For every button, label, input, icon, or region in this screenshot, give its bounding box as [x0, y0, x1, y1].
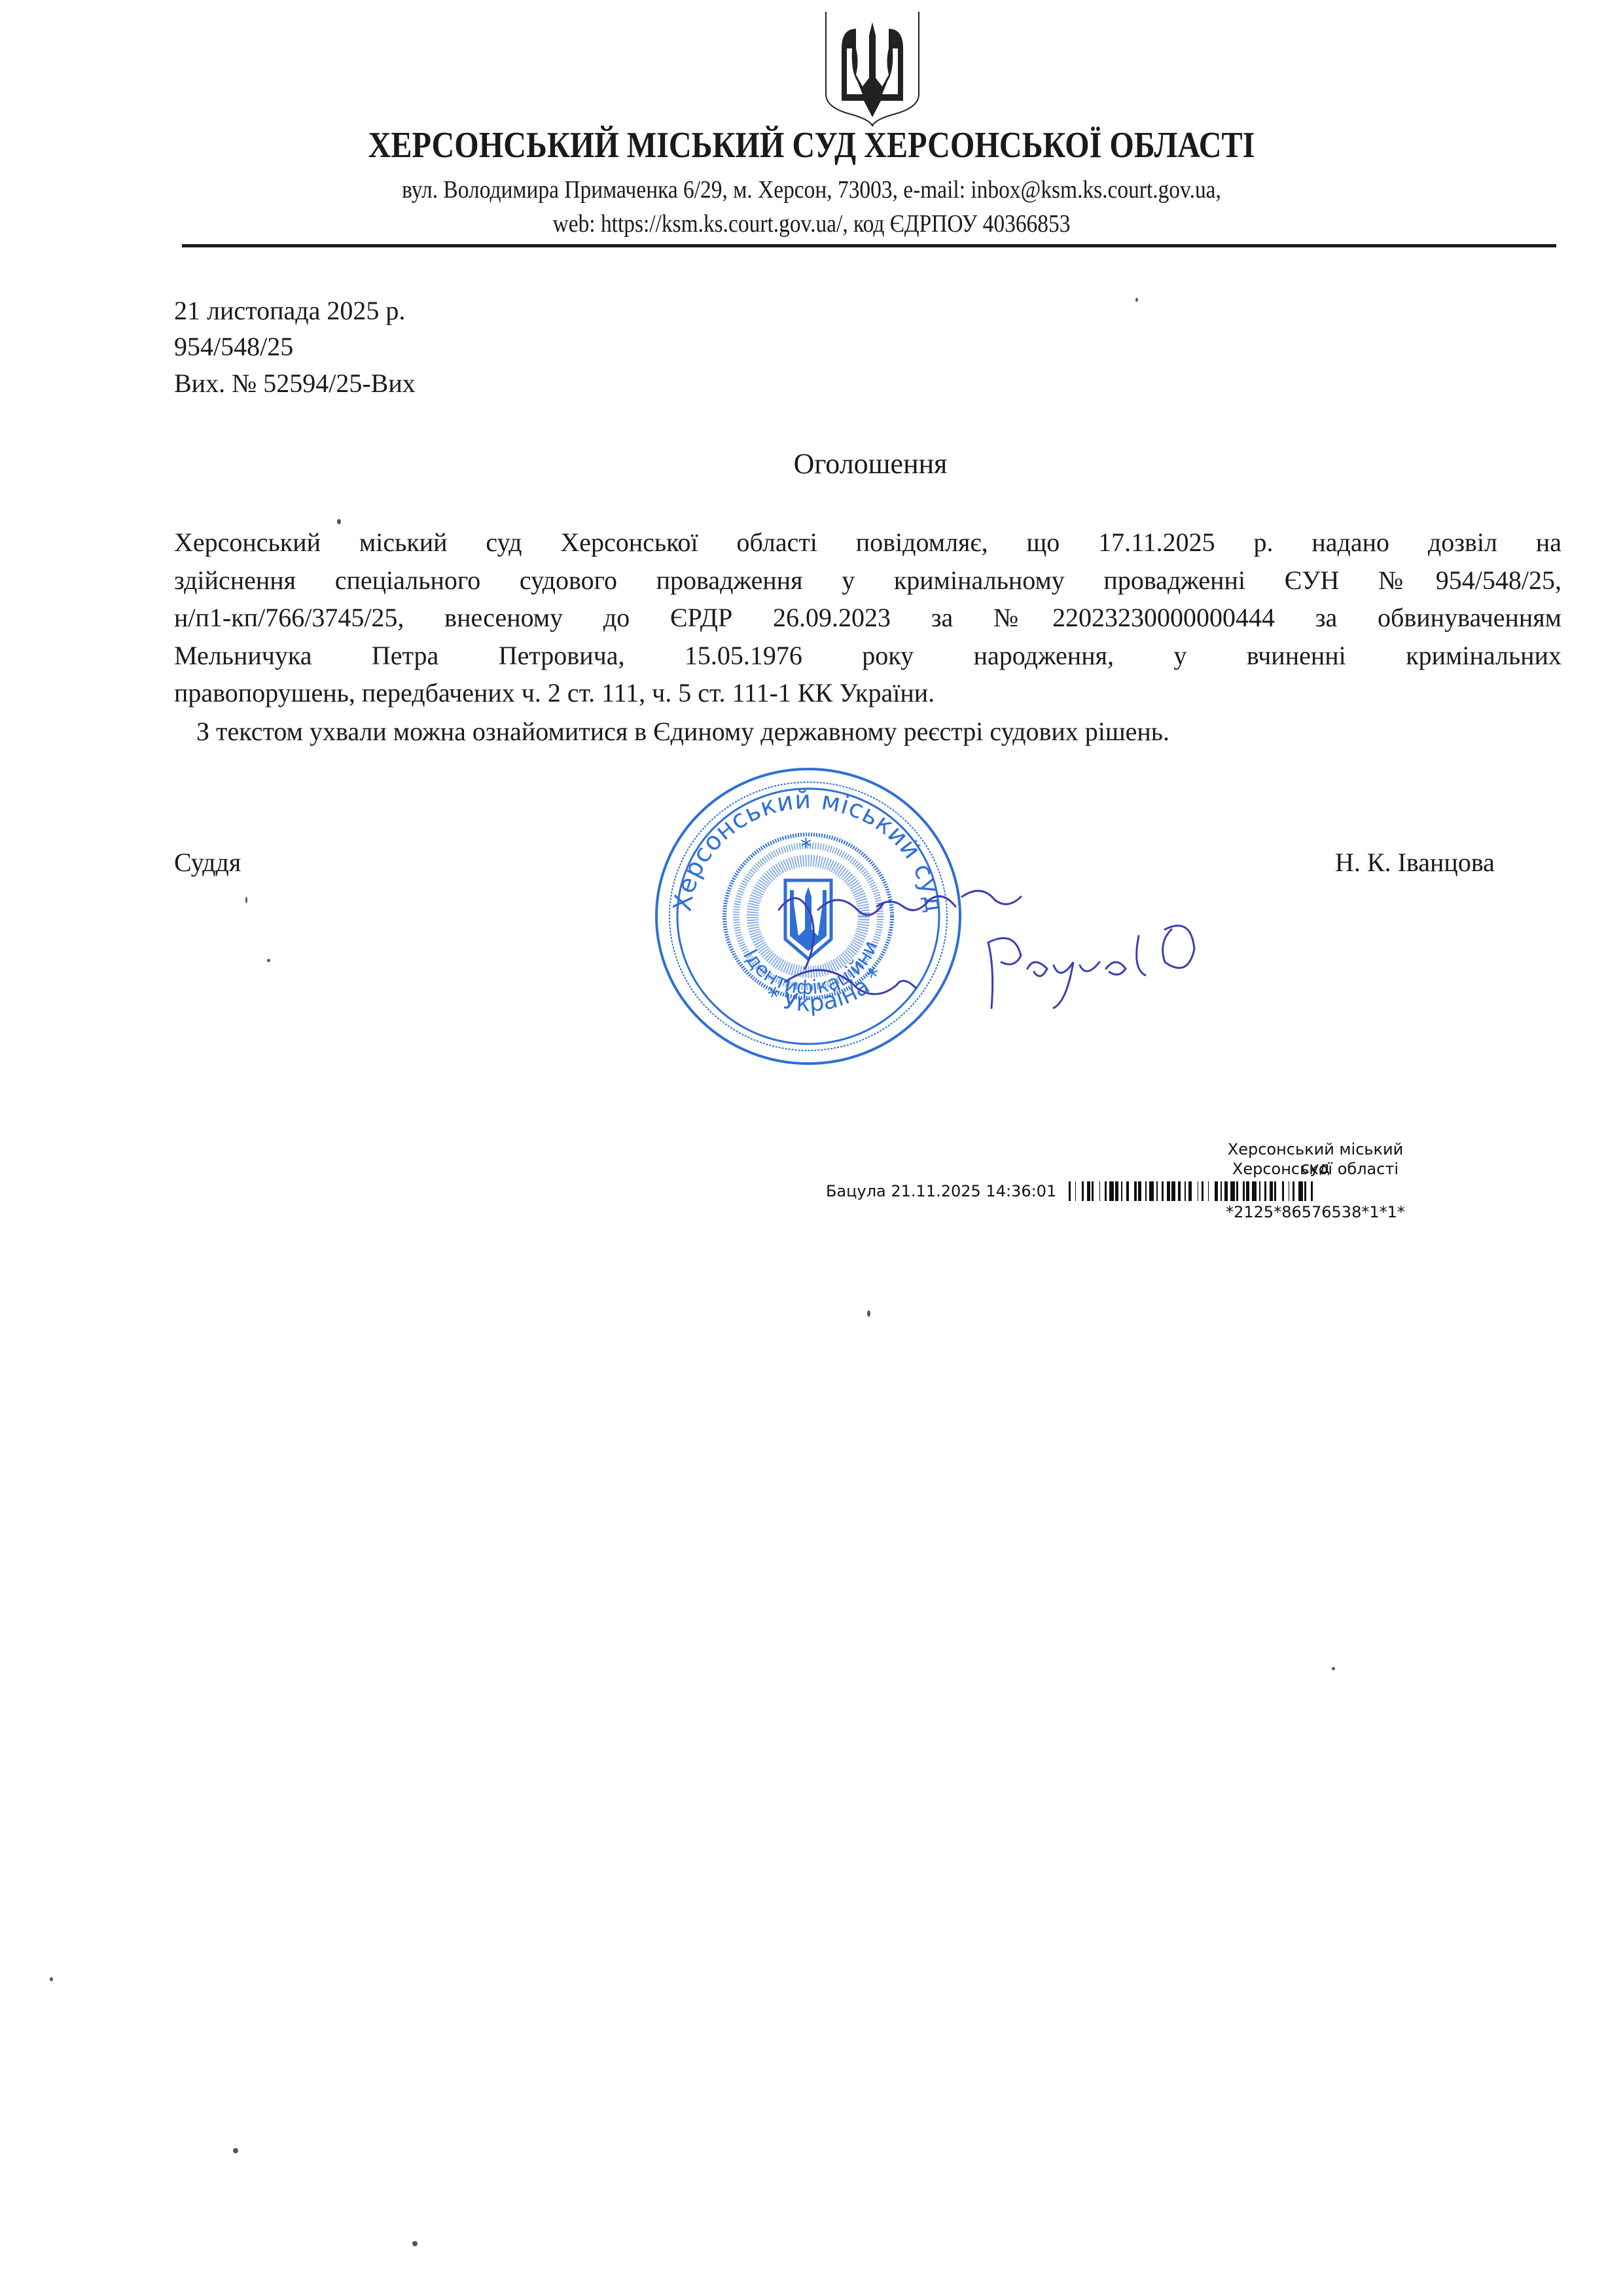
handwritten-signature-icon	[707, 870, 1243, 1028]
svg-text:*: *	[800, 834, 811, 860]
trident-emblem-icon	[823, 9, 921, 127]
case-number: 954/548/25	[174, 329, 293, 365]
paragraph-line: Херсонський міський суд Херсонської обла…	[174, 524, 1561, 562]
scan-speck	[233, 2148, 238, 2153]
scan-speck	[1332, 1667, 1335, 1670]
scan-speck	[412, 2241, 418, 2246]
paragraph-line: н/п1-кп/766/3745/25, внесеному до ЄРДР 2…	[174, 599, 1561, 637]
barcode-code: *2125*86576538*1*1*	[1211, 1203, 1420, 1221]
outgoing-number: Вих. № 52594/25-Вих	[174, 365, 416, 402]
judge-role-label: Суддя	[174, 847, 241, 878]
announcement-heading: Оголошення	[0, 447, 1623, 480]
scan-speck	[1135, 298, 1138, 302]
court-title: ХЕРСОНСЬКИЙ МІСЬКИЙ СУД ХЕРСОНСЬКОЇ ОБЛА…	[114, 124, 1510, 166]
document-date: 21 листопада 2025 р.	[174, 293, 405, 329]
header-divider	[182, 244, 1556, 247]
scan-speck	[50, 1977, 53, 1981]
scan-speck	[267, 959, 270, 962]
court-web-and-code: web: https://ksm.ks.court.gov.ua/, код Є…	[98, 209, 1525, 238]
court-address: вул. Володимира Примаченка 6/29, м. Херс…	[98, 175, 1525, 204]
esig-org-line2: Херсонської області	[1211, 1160, 1420, 1178]
barcode-icon	[1069, 1181, 1567, 1201]
registry-notice: З текстом ухвали можна ознайомитися в Єд…	[196, 716, 1169, 747]
scan-speck	[245, 897, 247, 903]
paragraph-line: здійснення спеціального судового провадж…	[174, 562, 1561, 600]
announcement-paragraph: Херсонський міський суд Херсонської обла…	[174, 524, 1561, 712]
esig-signer-timestamp: Бацула 21.11.2025 14:36:01	[826, 1182, 1056, 1200]
scan-speck	[337, 519, 341, 524]
scan-speck	[867, 1310, 870, 1317]
paragraph-line: правопорушень, передбачених ч. 2 ст. 111…	[174, 674, 1561, 712]
paragraph-line: Мельничука Петра Петровича, 15.05.1976 р…	[174, 637, 1561, 675]
judge-name: Н. К. Іванцова	[1335, 847, 1495, 878]
